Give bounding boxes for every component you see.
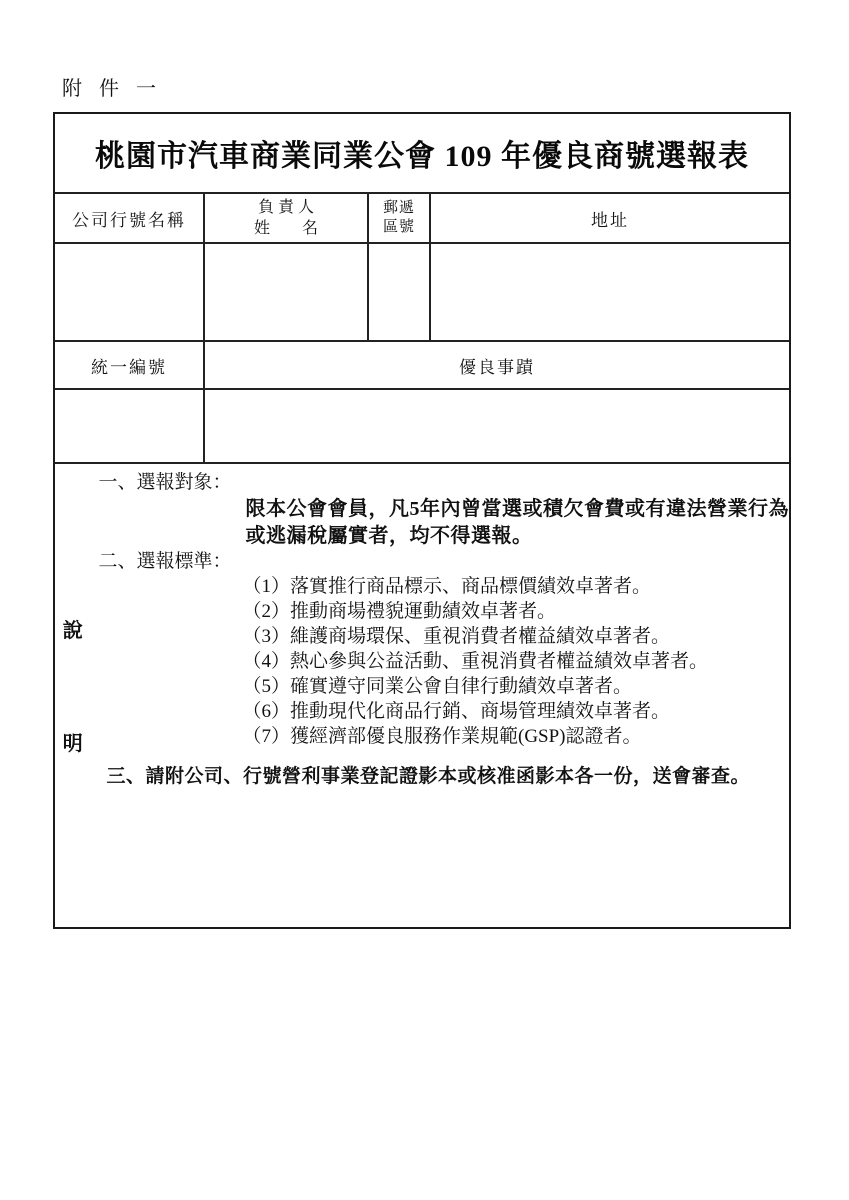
notes-item1-body-line2: 或逃漏稅屬實者，均不得選報。 [91,523,790,549]
criteria-item-2: （2）推動商場禮貌運動績效卓著者。 [91,599,790,624]
notes-item3: 三、請附公司、行號營利事業登記證影本或核准函影本各一份，送會審查。 [91,761,790,788]
table-header-row: 公司行號名稱 負 責 人 姓 名 郵遞 區號 地址 [55,194,789,244]
form-table: 桃園市汽車商業同業公會 109 年優良商號選報表 公司行號名稱 負 責 人 姓 … [53,112,791,929]
notes-label-char1: 說 [55,614,91,643]
notes-item1-body-line1: 限本公會會員，凡5年內曾當選或積欠會費或有違法營業行為 [91,496,790,523]
header-company-name-label: 公司行號名稱 [72,206,186,231]
entry-company-name-field [55,244,205,340]
criteria-item-6: （6）推動現代化商品行銷、商場管理績效卓著者。 [91,699,790,724]
notes-row: 說 明 一、選報對象： 限本公會會員，凡5年內曾當選或積欠會費或有違法營業行為 … [55,464,789,927]
criteria-item-3: （3）維護商場環保、重視消費者權益績效卓著者。 [91,624,790,649]
form-title: 桃園市汽車商業同業公會 109 年優良商號選報表 [95,131,749,175]
notes-vertical-label: 說 明 [55,464,91,927]
notes-label-char2: 明 [55,727,91,756]
criteria-item-5: （5）確實遵守同業公會自律行動績效卓著者。 [91,674,790,699]
header-postal-code-cell: 郵遞 區號 [369,194,431,242]
header-owner-line1: 負 責 人 [258,197,314,218]
header-address-label: 地址 [591,206,629,231]
attachment-label: 附 件 一 [62,72,162,101]
criteria-item-1: （1）落實推行商品標示、商品標價績效卓著者。 [91,574,790,599]
entry-row-company [55,244,789,342]
entry-uid-field [55,390,205,462]
header-company-name-cell: 公司行號名稱 [55,194,205,242]
deeds-label-cell: 優良事蹟 [205,342,789,388]
header-postal-line2: 區號 [383,218,415,237]
entry-row-uid-deeds [55,390,789,464]
entry-owner-name-field [205,244,369,340]
entry-deeds-field [205,390,789,462]
notes-item2-heading: 二、選報標準： [91,549,790,574]
criteria-item-4: （4）熱心參與公益活動、重視消費者權益績效卓著者。 [91,649,790,674]
header-owner-line2: 姓 名 [254,218,318,239]
header-postal-line1: 郵遞 [383,199,415,218]
header-owner-name-cell: 負 責 人 姓 名 [205,194,369,242]
notes-content: 一、選報對象： 限本公會會員，凡5年內曾當選或積欠會費或有違法營業行為 或逃漏稅… [91,464,790,927]
form-title-row: 桃園市汽車商業同業公會 109 年優良商號選報表 [55,114,789,194]
header-address-cell: 地址 [431,194,789,242]
uid-label: 統一編號 [91,353,167,378]
entry-postal-code-field [369,244,431,340]
uid-deeds-header-row: 統一編號 優良事蹟 [55,342,789,390]
uid-label-cell: 統一編號 [55,342,205,388]
deeds-label: 優良事蹟 [459,353,535,378]
notes-item1-heading: 一、選報對象： [91,469,790,496]
entry-address-field [431,244,789,340]
criteria-item-7: （7）獲經濟部優良服務作業規範(GSP)認證者。 [91,724,790,749]
